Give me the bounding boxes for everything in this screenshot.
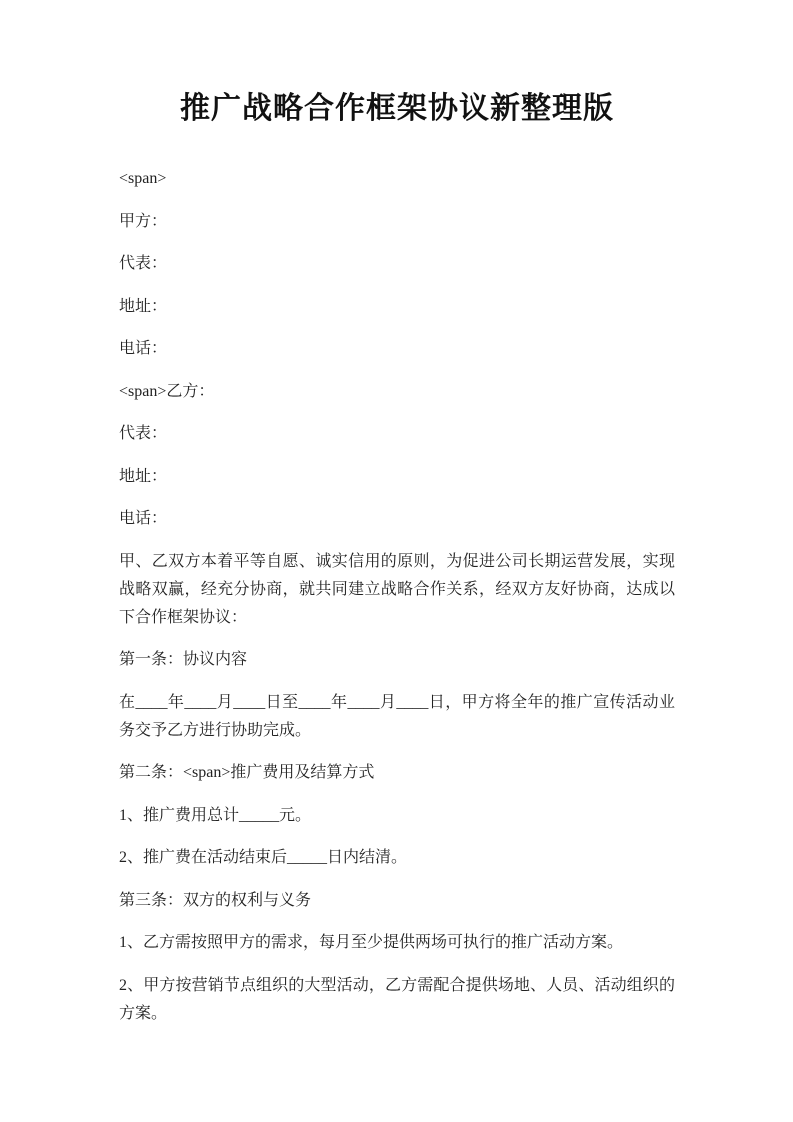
party-b-phone-label: 电话：: [119, 505, 675, 533]
party-b-address-label: 地址：: [119, 463, 675, 491]
party-a-label: 甲方：: [119, 208, 675, 236]
article-3-item-1: 1、乙方需按照甲方的需求，每月至少提供两场可执行的推广活动方案。: [119, 929, 675, 957]
preamble-paragraph: 甲、乙双方本着平等自愿、诚实信用的原则，为促进公司长期运营发展，实现战略双赢，经…: [119, 548, 675, 632]
document-title-text: 推广战略合作框架协议新整理版: [180, 92, 614, 125]
article-1-heading: 第一条：协议内容: [119, 646, 675, 674]
document-title: 推广战略合作框架协议新整理版: [119, 86, 675, 132]
span-tag-artifact: <span>: [119, 165, 675, 193]
party-a-address-label: 地址：: [119, 293, 675, 321]
contract-document-page: 推广战略合作框架协议新整理版 <span> 甲方： 代表： 地址： 电话： <s…: [0, 0, 793, 1122]
article-3-item-2: 2、甲方按营销节点组织的大型活动，乙方需配合提供场地、人员、活动组织的方案。: [119, 972, 675, 1028]
party-b-label: <span>乙方：: [119, 378, 675, 406]
article-1-content: 在____年____月____日至____年____月____日，甲方将全年的推…: [119, 689, 675, 745]
article-3-heading: 第三条：双方的权利与义务: [119, 887, 675, 915]
party-b-representative-label: 代表：: [119, 420, 675, 448]
party-a-phone-label: 电话：: [119, 335, 675, 363]
article-2-item-2: 2、推广费在活动结束后_____日内结清。: [119, 844, 675, 872]
article-2-item-1: 1、推广费用总计_____元。: [119, 802, 675, 830]
party-a-representative-label: 代表：: [119, 250, 675, 278]
article-2-heading: 第二条：<span>推广费用及结算方式: [119, 759, 675, 787]
